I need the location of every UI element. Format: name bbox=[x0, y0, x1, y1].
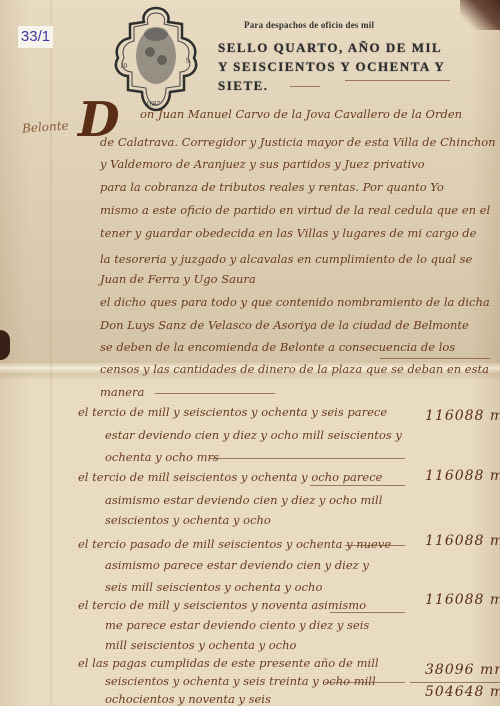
body-line: on Juan Manuel Carvo de la Jova Cavaller… bbox=[140, 107, 462, 121]
entry-line: asimismo parece estar deviendo cien y di… bbox=[105, 558, 369, 572]
header-rule bbox=[345, 80, 450, 81]
document-page: 33/1 10 9 1687 Para despachos de oficio … bbox=[0, 0, 500, 706]
line-rule bbox=[310, 485, 405, 486]
entry-line: el tercio de mill y seiscientos y novent… bbox=[78, 598, 366, 612]
entry-total: 504648 mrs bbox=[425, 684, 500, 700]
entry-line: el las pagas cumplidas de este presente … bbox=[78, 656, 379, 670]
entry-line: asimismo estar deviendo cien y diez y oc… bbox=[105, 493, 382, 507]
seal-number-left: 10 bbox=[120, 62, 127, 70]
body-line: mismo a este oficio de partido en virtud… bbox=[100, 203, 490, 217]
entry-line: el tercio de mill seiscientos y ochenta … bbox=[78, 470, 382, 484]
entry-line: seis mill seiscientos y ochenta y ocho bbox=[105, 580, 322, 594]
header-stamped-line-3: SIETE. bbox=[218, 78, 269, 94]
header-stamped-line-1: SELLO QUARTO, AÑO DE MIL bbox=[218, 40, 442, 56]
entry-line: seiscientos y ochenta y seis treinta y o… bbox=[105, 674, 376, 688]
body-line: de Calatrava. Corregidor y Justicia mayo… bbox=[100, 135, 496, 149]
line-rule bbox=[330, 612, 405, 613]
body-line: el dicho ques para todo y que contenido … bbox=[100, 295, 490, 309]
line-rule bbox=[380, 358, 490, 359]
entry-line: ochenta y ocho mrs bbox=[105, 450, 219, 464]
margin-note: Belonte bbox=[22, 118, 70, 135]
catalog-label: 33/1 bbox=[18, 26, 53, 48]
header-rule bbox=[290, 86, 320, 87]
body-line: Juan de Ferra y Ugo Saura bbox=[100, 272, 256, 286]
entry-amount: 38096 mrs bbox=[425, 662, 500, 678]
line-rule bbox=[155, 393, 275, 394]
paper-fold bbox=[50, 0, 52, 706]
torn-corner bbox=[460, 0, 500, 30]
line-rule bbox=[210, 458, 405, 459]
entry-amount: 116088 mrs bbox=[425, 408, 500, 424]
entry-line: ochocientos y noventa y seis bbox=[105, 692, 271, 706]
line-rule bbox=[410, 682, 500, 683]
body-line: y Valdemoro de Aranjuez y sus partidos y… bbox=[100, 157, 425, 171]
body-line: la tesoreria y juzgado y alcavalas en cu… bbox=[100, 252, 472, 266]
body-line: manera bbox=[100, 385, 144, 399]
line-rule bbox=[325, 682, 405, 683]
entry-amount: 116088 mrs bbox=[425, 592, 500, 608]
entry-line: seiscientos y ochenta y ocho bbox=[105, 513, 271, 527]
seal-number-right: 9 bbox=[186, 57, 190, 65]
body-line: se deben de la encomienda de Belonte a c… bbox=[100, 340, 455, 354]
entry-amount: 116088 mrs bbox=[425, 533, 500, 549]
entry-line: me parece estar deviendo ciento y diez y… bbox=[105, 618, 369, 632]
ink-stain bbox=[0, 330, 10, 360]
entry-line: estar deviendo cien y diez y ocho mill s… bbox=[105, 428, 402, 442]
entry-amount: 116088 mrs bbox=[425, 468, 500, 484]
entry-line: mill seiscientos y ochenta y ocho bbox=[105, 638, 296, 652]
seal-stamp: 10 9 1687 bbox=[108, 4, 204, 114]
body-line: tener y guardar obedecida en las Villas … bbox=[100, 226, 476, 240]
entry-line: el tercio de mill y seiscientos y ochent… bbox=[78, 405, 387, 419]
header-stamped-line-2: Y SEISCIENTOS Y OCHENTA Y bbox=[218, 59, 445, 75]
line-rule bbox=[345, 545, 405, 546]
body-line: Don Luys Sanz de Velasco de Asoriya de l… bbox=[100, 318, 469, 332]
header-small-line: Para despachos de oficio des mil bbox=[244, 20, 374, 30]
body-line: censos y las cantidades de dinero de la … bbox=[100, 362, 489, 376]
body-line: para la cobranza de tributos reales y re… bbox=[100, 180, 444, 194]
entry-line: el tercio pasado de mill seiscientos y o… bbox=[78, 537, 391, 551]
